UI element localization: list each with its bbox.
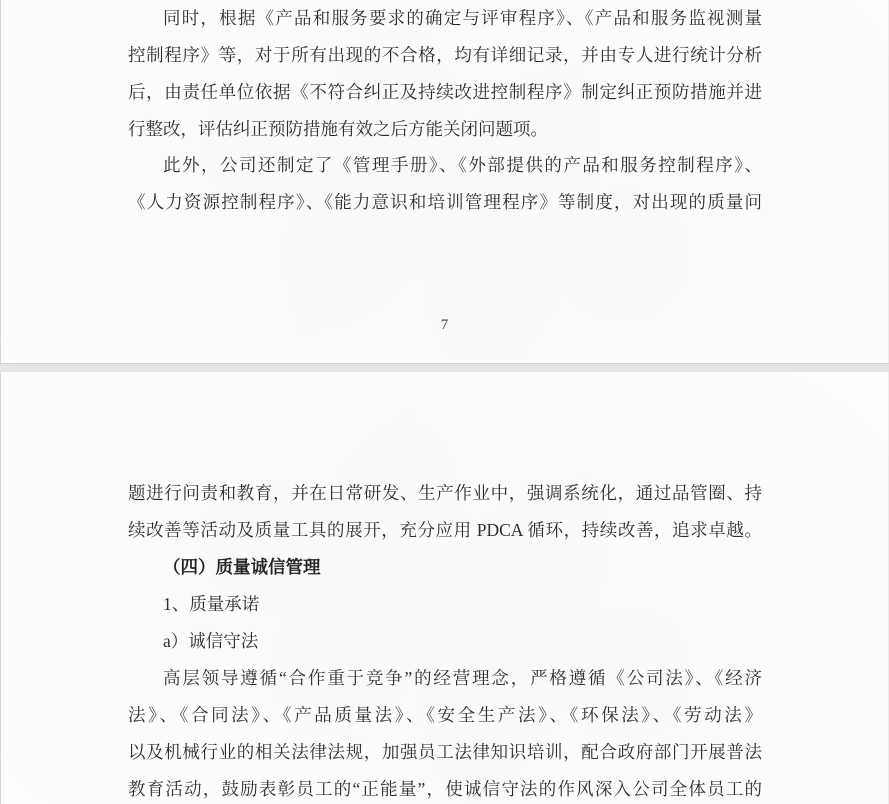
- section-heading: （四）质量诚信管理: [128, 557, 762, 579]
- text-line: 行整改，评估纠正预防措施有效之后方能关闭问题项。: [128, 119, 762, 141]
- page-number: 7: [0, 317, 889, 334]
- text-line: 以及机械行业的相关法律法规，加强员工法律知识培训，配合政府部门开展普法: [128, 742, 762, 764]
- text-line: 教育活动，鼓励表彰员工的“正能量”，使诚信守法的作风深入公司全体员工的: [128, 779, 762, 801]
- text-line: 同时，根据《产品和服务要求的确定与评审程序》、《产品和服务监视测量: [128, 8, 762, 30]
- document-viewer: 同时，根据《产品和服务要求的确定与评审程序》、《产品和服务监视测量 控制程序》等…: [0, 0, 889, 804]
- text-line: 题进行问责和教育，并在日常研发、生产作业中，强调系统化，通过品管圈、持: [128, 483, 762, 505]
- document-page-8: 题进行问责和教育，并在日常研发、生产作业中，强调系统化，通过品管圈、持 续改善等…: [0, 372, 889, 804]
- text-line: 法》、《合同法》、《产品质量法》、《安全生产法》、《环保法》、《劳动法》: [128, 705, 762, 727]
- subsection-heading: 1、质量承诺: [128, 594, 762, 616]
- text-line: 续改善等活动及质量工具的展开，充分应用 PDCA 循环，持续改善，追求卓越。: [128, 520, 762, 542]
- subsection-heading: a）诚信守法: [128, 631, 762, 653]
- text-line: 《人力资源控制程序》、《能力意识和培训管理程序》等制度，对出现的质量问: [128, 192, 762, 214]
- text-line: 后，由责任单位依据《不符合纠正及持续改进控制程序》制定纠正预防措施并进: [128, 82, 762, 104]
- document-page-7: 同时，根据《产品和服务要求的确定与评审程序》、《产品和服务监视测量 控制程序》等…: [0, 0, 889, 363]
- text-line: 此外，公司还制定了《管理手册》、《外部提供的产品和服务控制程序》、: [128, 155, 762, 177]
- text-line: 控制程序》等，对于所有出现的不合格，均有详细记录，并由专人进行统计分析: [128, 45, 762, 67]
- page-separator: [0, 363, 889, 372]
- text-line: 高层领导遵循“合作重于竞争”的经营理念，严格遵循《公司法》、《经济: [128, 668, 762, 690]
